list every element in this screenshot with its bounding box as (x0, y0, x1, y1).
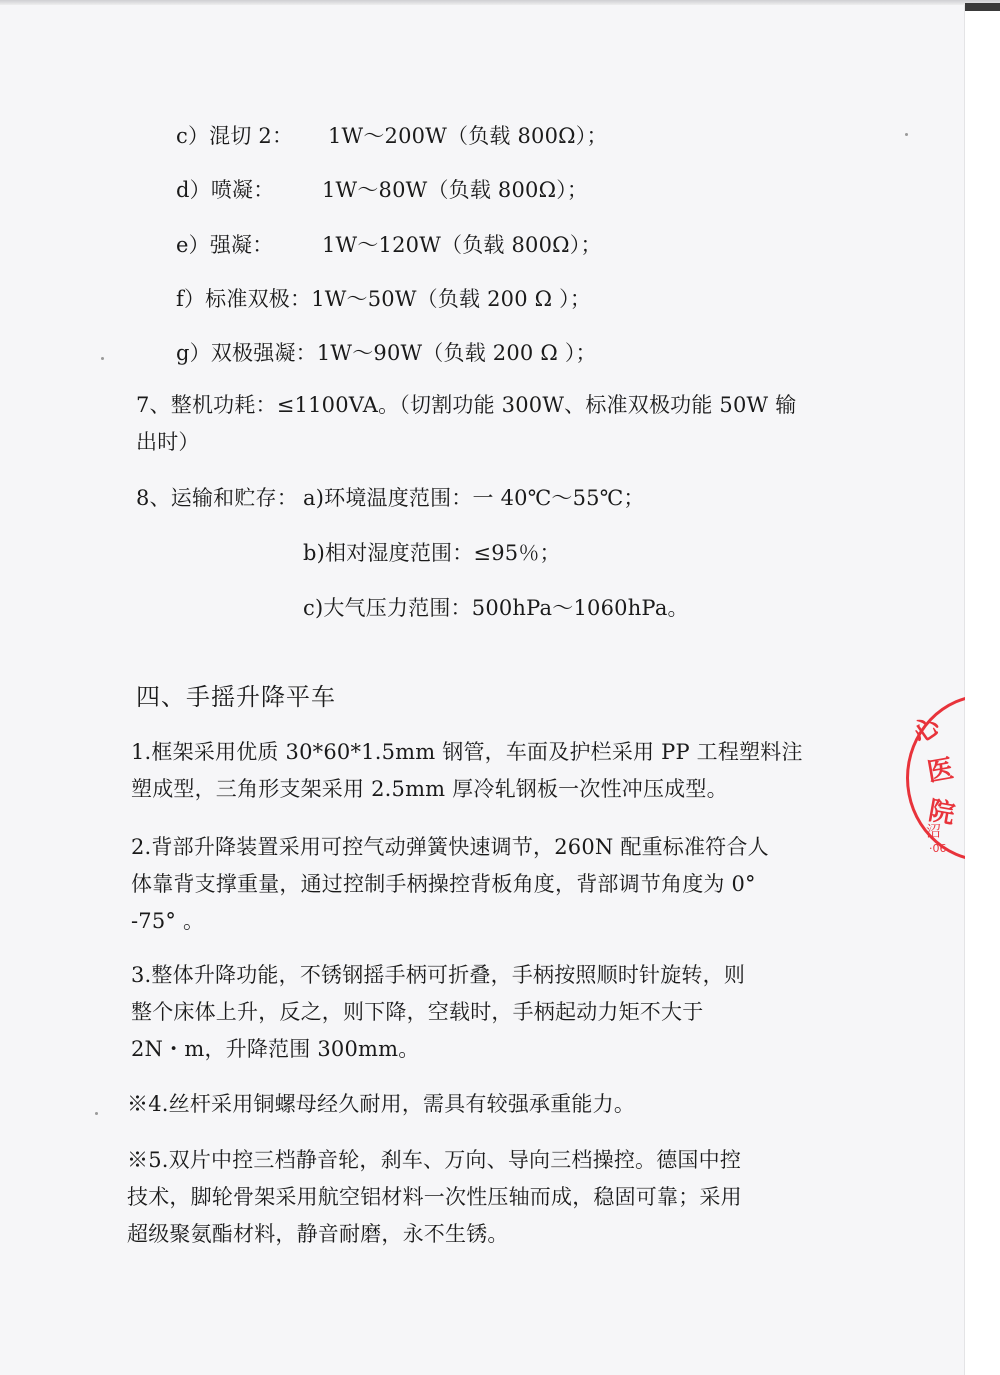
power-mode-label: f）标准双极： (176, 287, 311, 311)
section-4-item-5: ※5.双片中控三档静音轮，刹车、万向、导向三档操控。德国中控 技术，脚轮骨架采用… (127, 1142, 742, 1253)
official-seal-stamp: 心 医 院 沼 ·06 (902, 688, 1000, 868)
item-line: ※5.双片中控三档静音轮，刹车、万向、导向三档操控。德国中控 (127, 1142, 742, 1179)
power-mode-e: e）强凝：1W～120W（负载 800Ω）； (176, 229, 602, 259)
item-line: 整个床体上升，反之，则下降，空载时，手柄起动力矩不大于 (131, 994, 745, 1031)
item-line: 2.背部升降装置采用可控气动弹簧快速调节，260N 配重标准符合人 (131, 829, 769, 866)
power-mode-value: 1W～200W（负载 800Ω）； (328, 124, 608, 148)
item-7-line-2: 出时） (136, 424, 796, 461)
scan-edge-shadow (965, 3, 1000, 11)
scan-top-edge (0, 0, 1000, 5)
power-mode-f: f）标准双极：1W～50W（负载 200 Ω ）； (176, 283, 591, 313)
power-mode-value: 1W～120W（负载 800Ω）； (322, 233, 602, 257)
item-8-label: 8、运输和贮存： (136, 482, 298, 512)
power-mode-g: g）双极强凝：1W～90W（负载 200 Ω ）； (176, 337, 597, 367)
item-line: 2N・m，升降范围 300mm。 (131, 1031, 745, 1068)
section-4-item-4: ※4.丝杆采用铜螺母经久耐用，需具有较强承重能力。 (127, 1086, 635, 1123)
item-line: 塑成型，三角形支架采用 2.5mm 厚冷轧钢板一次性冲压成型。 (131, 771, 803, 808)
item-line: -75° 。 (131, 903, 769, 940)
seal-small-text: 沼 (926, 820, 941, 841)
power-mode-label: e）强凝： (176, 229, 322, 259)
seal-date-fragment: ·06 (929, 842, 947, 855)
item-8-humidity: b)相对湿度范围：≤95％； (303, 537, 561, 567)
section-4-item-2: 2.背部升降装置采用可控气动弹簧快速调节，260N 配重标准符合人 体靠背支撑重… (131, 829, 769, 940)
item-line: 技术，脚轮骨架采用航空铝材料一次性压轴而成，稳固可靠；采用 (127, 1179, 742, 1216)
power-mode-value: 1W～50W（负载 200 Ω ）； (311, 287, 591, 311)
power-mode-d: d）喷凝：1W～80W（负载 800Ω）； (176, 174, 588, 204)
item-8-pressure: c)大气压力范围：500hPa～1060hPa。 (303, 592, 689, 622)
item-7-line-1: 7、整机功耗：≤1100VA。（切割功能 300W、标准双极功能 50W 输 (136, 387, 796, 424)
power-mode-value: 1W～80W（负载 800Ω）； (322, 178, 588, 202)
item-line: 超级聚氨酯材料，静音耐磨，永不生锈。 (127, 1216, 742, 1253)
section-4-item-1: 1.框架采用优质 30*60*1.5mm 钢管，车面及护栏采用 PP 工程塑料注… (131, 734, 803, 808)
item-7-power-consumption: 7、整机功耗：≤1100VA。（切割功能 300W、标准双极功能 50W 输 出… (136, 387, 796, 461)
item-line: 3.整体升降功能，不锈钢摇手柄可折叠，手柄按照顺时针旋转，则 (131, 957, 745, 994)
power-mode-c: c）混切 2：1W～200W（负载 800Ω）； (176, 120, 608, 150)
power-mode-value: 1W～90W（负载 200 Ω ）； (317, 341, 597, 365)
item-line: 1.框架采用优质 30*60*1.5mm 钢管，车面及护栏采用 PP 工程塑料注 (131, 734, 803, 771)
scan-speck (905, 133, 908, 136)
power-mode-label: c）混切 2： (176, 120, 328, 150)
item-line: 体靠背支撑重量，通过控制手柄操控背板角度，背部调节角度为 0° (131, 866, 769, 903)
power-mode-label: d）喷凝： (176, 174, 322, 204)
scan-speck (95, 1112, 98, 1115)
item-8-temperature: a)环境温度范围：一 40℃～55℃； (303, 482, 645, 512)
item-line: ※4.丝杆采用铜螺母经久耐用，需具有较强承重能力。 (127, 1086, 635, 1123)
scan-speck (101, 357, 104, 360)
section-4-item-3: 3.整体升降功能，不锈钢摇手柄可折叠，手柄按照顺时针旋转，则 整个床体上升，反之… (131, 957, 745, 1068)
power-mode-label: g）双极强凝： (176, 341, 317, 365)
seal-visible-portion: 心 医 院 沼 ·06 (902, 688, 965, 868)
section-4-title: 四、手摇升降平车 (136, 677, 336, 712)
